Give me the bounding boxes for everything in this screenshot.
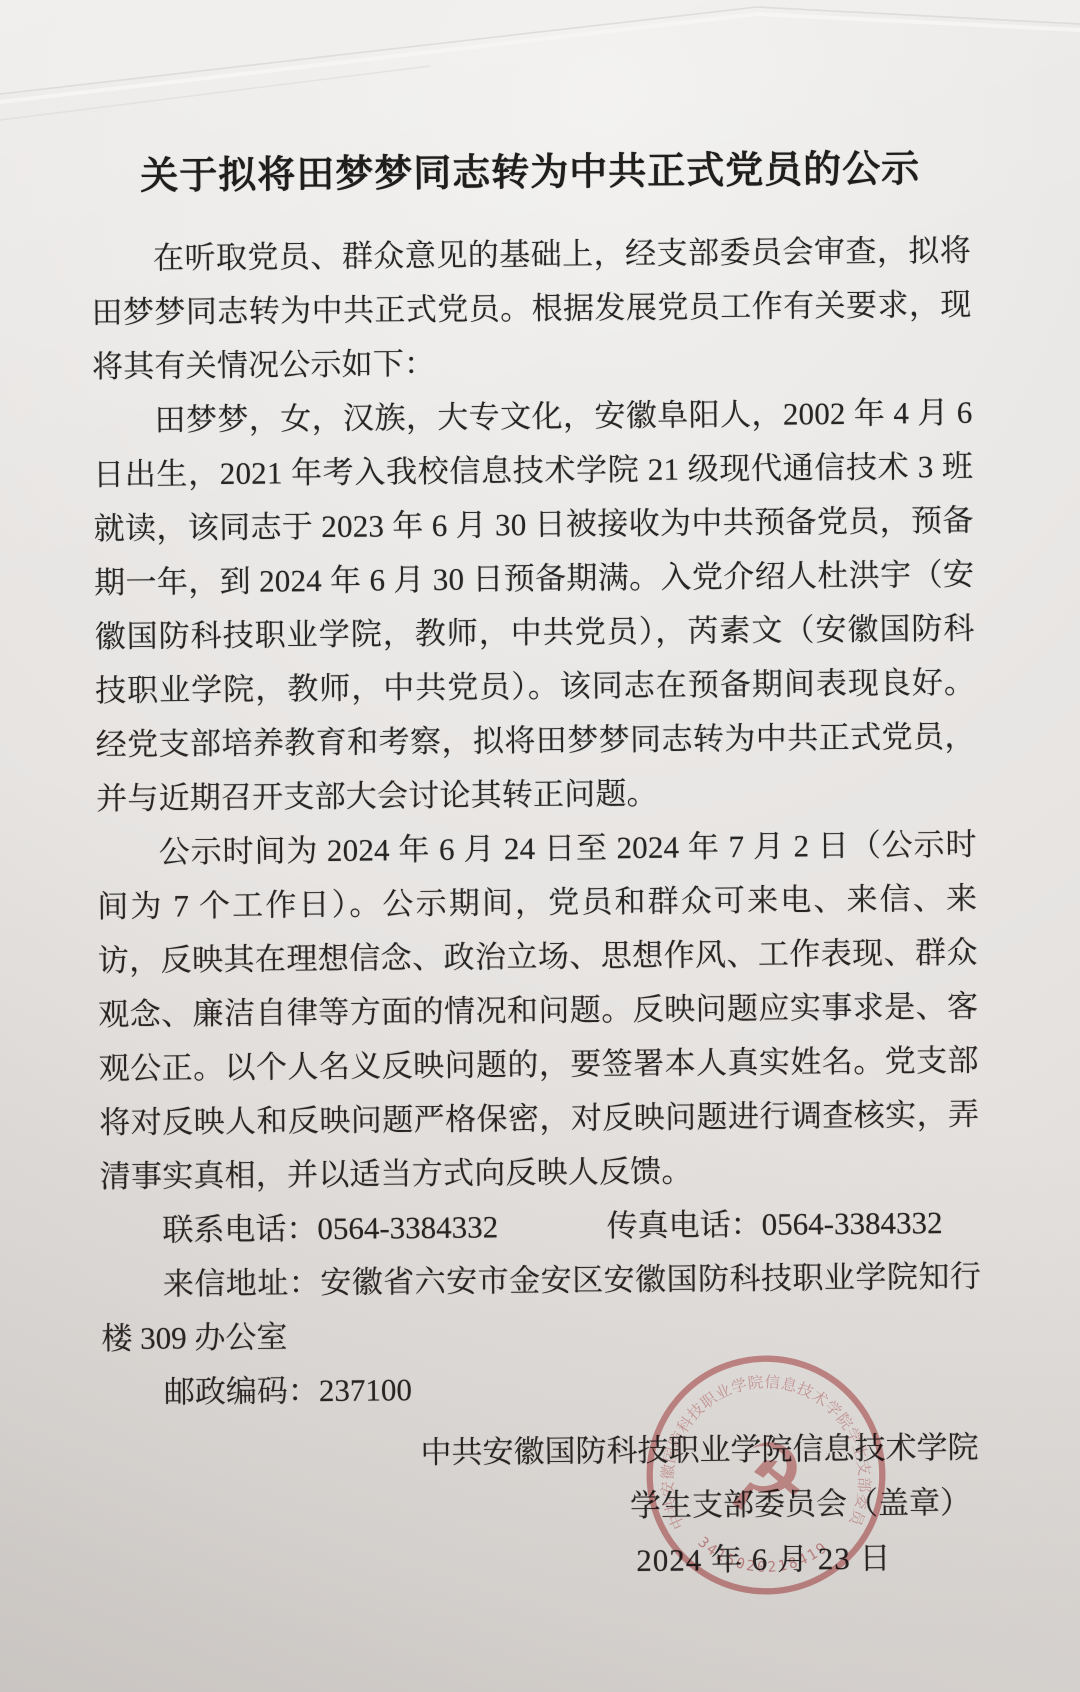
phone-label: 联系电话： [162, 1211, 317, 1247]
phone-value: 0564-3384332 [317, 1209, 498, 1246]
document-photo: 关于拟将田梦梦同志转为中共正式党员的公示 在听取党员、群众意见的基础上，经支部委… [0, 0, 1080, 1692]
fax-label: 传真电话： [606, 1207, 761, 1243]
signature-date: 2024 年 6 月 23 日 [103, 1530, 979, 1593]
paragraph-intro: 在听取党员、群众意见的基础上，经支部委员会审查，拟将田梦梦同志转为中共正式党员。… [91, 224, 973, 394]
contact-phone-line: 联系电话：0564-3384332传真电话：0564-3384332 [100, 1196, 980, 1258]
postcode-label: 邮政编码： [164, 1373, 319, 1409]
paragraph-member-info: 田梦梦，女，汉族，大专文化，安徽阜阳人，2002 年 4 月 6 日出生，202… [92, 386, 976, 826]
signature-block: 中共安徽国防科技职业学院信息技术学院 学生支部委员会（盖章） 2024 年 6 … [102, 1420, 984, 1593]
signature-org-line2: 学生支部委员会（盖章） [103, 1475, 979, 1538]
signature-org-line1: 中共安徽国防科技职业学院信息技术学院 [102, 1420, 978, 1483]
paper-fold-edge [0, 0, 1080, 140]
contact-address-line: 来信地址：安徽省六安市金安区安徽国防科技职业学院知行楼 309 办公室 [101, 1250, 982, 1366]
document-page: 关于拟将田梦梦同志转为中共正式党员的公示 在听取党员、群众意见的基础上，经支部委… [90, 146, 984, 1593]
contact-postcode-line: 邮政编码：237100 [102, 1358, 982, 1420]
paragraph-publicity-period: 公示时间为 2024 年 6 月 24 日至 2024 年 7 月 2 日（公示… [96, 818, 980, 1204]
postcode-value: 237100 [319, 1372, 412, 1408]
document-title: 关于拟将田梦梦同志转为中共正式党员的公示 [90, 146, 970, 200]
spacer [498, 1236, 606, 1237]
address-label: 来信地址： [163, 1265, 321, 1302]
fax-value: 0564-3384332 [761, 1205, 942, 1242]
